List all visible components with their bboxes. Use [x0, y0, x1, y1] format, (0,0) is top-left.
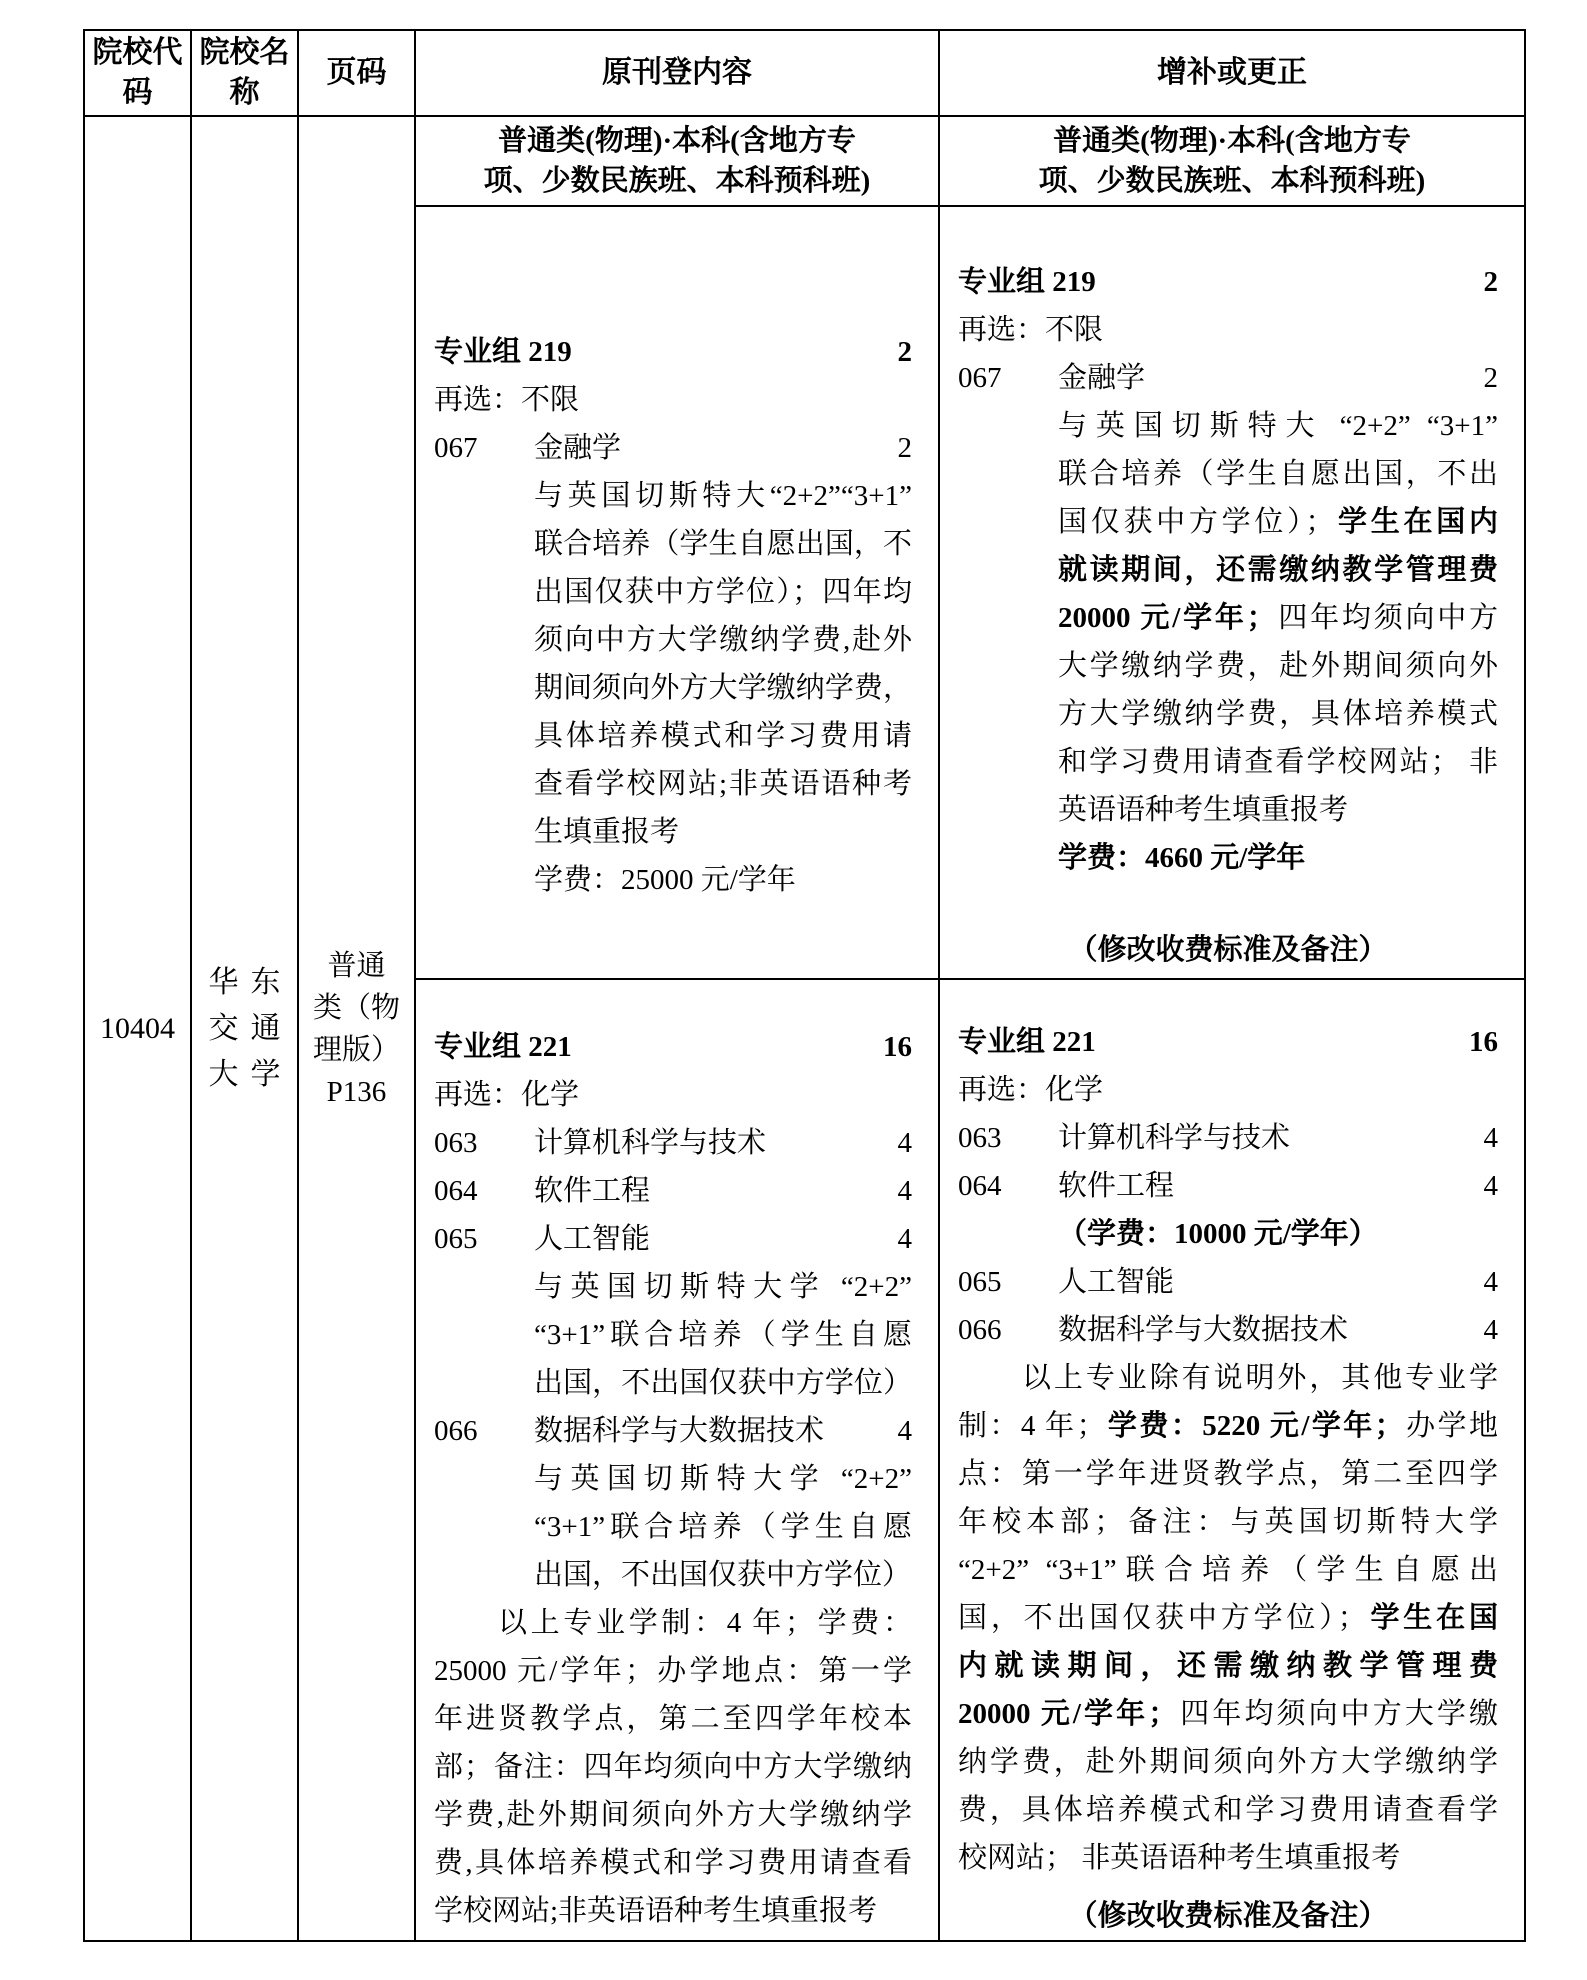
- cont-line: 联合培养（学生自愿出国，不出: [958, 450, 1498, 498]
- seg: 出国，不出国仅获中方学位）: [534, 1559, 911, 1591]
- num: 4: [898, 1215, 913, 1263]
- cont-line: 生填重报考: [434, 808, 912, 856]
- name: 人工智能: [1058, 1258, 1484, 1306]
- seg: 方大学缴纳学费，具体培养模式: [1058, 698, 1498, 730]
- seg: 查看学校网站;非英语语种考: [534, 768, 912, 800]
- grp-label: 专业组 221: [434, 1023, 572, 1071]
- seg: 四年均须向中方: [1276, 602, 1498, 634]
- seg: 国仅获中方学位）；: [1058, 506, 1334, 538]
- revised-219-cell: 专业组 2192再选：不限067金融学2与英国切斯特大 “2+2” “3+1”联…: [939, 206, 1525, 979]
- seg: 就读期间，还需缴纳教学管理费: [1058, 554, 1498, 586]
- seg: 年进贤教学点，第二至四学年校本: [434, 1703, 912, 1735]
- para-line: “2+2” “3+1”联合培养（学生自愿出: [958, 1546, 1498, 1594]
- college-name-line: 大学: [192, 1052, 297, 1098]
- cont-line: 出国，不出国仅获中方学位）: [434, 1551, 912, 1599]
- seg: 校网站； 非英语语种考生填重报考: [958, 1842, 1400, 1874]
- code: 065: [434, 1215, 534, 1263]
- para-line: 纳学费，赴外期间须向外方大学缴纳学: [958, 1738, 1498, 1786]
- seg: 出国，不出国仅获中方学位）: [534, 1367, 912, 1399]
- seg: 费，具体培养模式和学习费用请查看学: [958, 1794, 1498, 1826]
- major-line: 066数据科学与大数据技术4: [434, 1407, 912, 1455]
- category-header-line: 普通类(物理)·本科(含地方专: [416, 121, 938, 161]
- correction-table: 院校代码 院校名称 页码 原刊登内容 增补或更正 10404 华东 交通 大学 …: [83, 29, 1526, 1942]
- num: 4: [898, 1119, 913, 1167]
- para-line: 年进贤教学点，第二至四学年校本: [434, 1695, 912, 1743]
- seg: 学校网站;非英语语种考生填重报考: [434, 1895, 877, 1927]
- para-line: 国，不出国仅获中方学位）；学生在国: [958, 1594, 1498, 1642]
- cont-line: 就读期间，还需缴纳教学管理费: [958, 546, 1498, 594]
- para-line: 学费,赴外期间须向外方大学缴纳学: [434, 1791, 912, 1839]
- seg: 联合培养（学生自愿出国，不出: [1058, 458, 1498, 490]
- seg: 费,具体培养模式和学习费用请查看: [434, 1847, 912, 1879]
- name: 计算机科学与技术: [1058, 1114, 1484, 1162]
- major-line: 065人工智能4: [434, 1215, 912, 1263]
- name: 金融学: [1058, 354, 1484, 402]
- seg: 与英国切斯特大“2+2”“3+1”: [534, 480, 912, 512]
- para-line: 20000 元/学年；四年均须向中方大学缴: [958, 1690, 1498, 1738]
- num: 4: [898, 1167, 913, 1215]
- col-header-correction: 增补或更正: [939, 30, 1525, 116]
- num: 4: [1484, 1162, 1499, 1210]
- code: 067: [958, 354, 1058, 402]
- cont-line: 与英国切斯特大 “2+2” “3+1”: [958, 402, 1498, 450]
- cont-line: “3+1”联合培养（学生自愿: [434, 1311, 912, 1359]
- note-line: （修改收费标准及备注）: [958, 1892, 1498, 1940]
- grp-line: 专业组 22116: [958, 1018, 1498, 1066]
- cont-line: 须向中方大学缴纳学费,赴外: [434, 616, 912, 664]
- seg: 制：4 年；: [958, 1410, 1105, 1442]
- seg: 再选：化学: [958, 1074, 1103, 1106]
- seg: 再选：不限: [434, 384, 579, 416]
- category-row: 10404 华东 交通 大学 普通 类（物 理版） P136 普通类(物理)·本…: [84, 116, 1525, 206]
- plain-line: 再选：化学: [434, 1071, 912, 1119]
- page-ref-line: 理版）: [299, 1029, 414, 1071]
- seg: 和学习费用请查看学校网站； 非: [1058, 746, 1498, 778]
- grp-label: 专业组 221: [958, 1018, 1096, 1066]
- name: 金融学: [534, 424, 898, 472]
- college-code: 10404: [85, 1012, 190, 1046]
- seg: 学费,赴外期间须向外方大学缴纳学: [434, 1799, 912, 1831]
- seg: 学生在国: [1367, 1602, 1498, 1634]
- grp-num: 2: [898, 328, 913, 376]
- grp-label: 专业组 219: [958, 258, 1096, 306]
- seg: 学生在国内: [1334, 506, 1498, 538]
- seg: 25000 元/学年；办学地点：第一学: [434, 1655, 912, 1687]
- category-header-revised: 普通类(物理)·本科(含地方专 项、少数民族班、本科预科班): [939, 116, 1525, 206]
- seg: 以上专业除有说明外，其他专业学: [1022, 1362, 1498, 1394]
- seg: 点：第一学年进贤教学点，第二至四学: [958, 1458, 1498, 1490]
- seg: 学费：25000 元/学年: [534, 864, 796, 896]
- seg: 须向中方大学缴纳学费,赴外: [534, 624, 912, 656]
- col-header-college-code: 院校代码: [84, 30, 191, 116]
- category-header-line: 项、少数民族班、本科预科班): [416, 161, 938, 201]
- seg: 大学缴纳学费，赴外期间须向外: [1058, 650, 1498, 682]
- seg: “3+1”联合培养（学生自愿: [534, 1319, 912, 1351]
- num: 2: [898, 424, 913, 472]
- cont-line: 学费：25000 元/学年: [434, 856, 912, 904]
- cont-line: 大学缴纳学费，赴外期间须向外: [958, 642, 1498, 690]
- seg: 与英国切斯特大学 “2+2”: [534, 1271, 912, 1303]
- cont-line: 联合培养（学生自愿出国，不: [434, 520, 912, 568]
- header-row: 院校代码 院校名称 页码 原刊登内容 增补或更正: [84, 30, 1525, 116]
- major-line: 066数据科学与大数据技术4: [958, 1306, 1498, 1354]
- num: 4: [1484, 1306, 1499, 1354]
- grp-line: 专业组 2192: [958, 258, 1498, 306]
- page: { "page": {"background": "#ffffff", "tex…: [0, 0, 1587, 1980]
- plain-line: 再选：化学: [958, 1066, 1498, 1114]
- category-header-line: 项、少数民族班、本科预科班): [940, 161, 1524, 201]
- para-line: 学校网站;非英语语种考生填重报考: [434, 1887, 912, 1935]
- spacer: [958, 882, 1498, 926]
- seg: 办学地: [1404, 1410, 1498, 1442]
- category-header-original: 普通类(物理)·本科(含地方专 项、少数民族班、本科预科班): [415, 116, 939, 206]
- seg: 20000 元/学年；: [1058, 602, 1276, 634]
- code: 067: [434, 424, 534, 472]
- grp-label: 专业组 219: [434, 328, 572, 376]
- seg: （修改收费标准及备注）: [1068, 1900, 1387, 1932]
- major-line: 063计算机科学与技术4: [434, 1119, 912, 1167]
- seg: 再选：不限: [958, 314, 1103, 346]
- original-219-cell: 专业组 2192再选：不限067金融学2与英国切斯特大“2+2”“3+1”联合培…: [415, 206, 939, 979]
- page-ref-line: P136: [299, 1071, 414, 1113]
- page-ref-line: 普通: [299, 945, 414, 987]
- category-header-line: 普通类(物理)·本科(含地方专: [940, 121, 1524, 161]
- plain-line: 再选：不限: [958, 306, 1498, 354]
- name: 人工智能: [534, 1215, 898, 1263]
- code: 066: [958, 1306, 1058, 1354]
- cont-line: 学费：4660 元/学年: [958, 834, 1498, 882]
- cont-line: 方大学缴纳学费，具体培养模式: [958, 690, 1498, 738]
- major-line: 064软件工程4: [958, 1162, 1498, 1210]
- page-ref-cell: 普通 类（物 理版） P136: [298, 116, 415, 1941]
- name: 软件工程: [1058, 1162, 1484, 1210]
- cont-line: 英语语种考生填重报考: [958, 786, 1498, 834]
- name: 数据科学与大数据技术: [1058, 1306, 1484, 1354]
- para-line: 25000 元/学年；办学地点：第一学: [434, 1647, 912, 1695]
- cont-line: 具体培养模式和学习费用请: [434, 712, 912, 760]
- seg: 以上专业学制：4 年；学费：: [498, 1607, 912, 1639]
- note-line: （修改收费标准及备注）: [958, 926, 1498, 974]
- seg: 联合培养（学生自愿出国，不: [534, 528, 912, 560]
- major-line: 065人工智能4: [958, 1258, 1498, 1306]
- seg: 具体培养模式和学习费用请: [534, 720, 912, 752]
- cont-line: 国仅获中方学位）；学生在国内: [958, 498, 1498, 546]
- original-221-cell: 专业组 22116再选：化学063计算机科学与技术4064软件工程4065人工智…: [415, 979, 939, 1941]
- cont-line: 和学习费用请查看学校网站； 非: [958, 738, 1498, 786]
- seg: 生填重报考: [534, 816, 679, 848]
- code: 066: [434, 1407, 534, 1455]
- code: 063: [958, 1114, 1058, 1162]
- num: 4: [1484, 1114, 1499, 1162]
- code: 064: [958, 1162, 1058, 1210]
- code: 065: [958, 1258, 1058, 1306]
- grp-line: 专业组 2192: [434, 328, 912, 376]
- college-name-line: 交通: [192, 1006, 297, 1052]
- para-line: 内就读期间，还需缴纳教学管理费: [958, 1642, 1498, 1690]
- para-line: 部；备注：四年均须向中方大学缴纳: [434, 1743, 912, 1791]
- major-line: 064软件工程4: [434, 1167, 912, 1215]
- seg: 英语语种考生填重报考: [1058, 794, 1348, 826]
- page-ref-line: 类（物: [299, 987, 414, 1029]
- para-line: 制：4 年；学费：5220 元/学年；办学地: [958, 1402, 1498, 1450]
- para-line: 点：第一学年进贤教学点，第二至四学: [958, 1450, 1498, 1498]
- seg: 四年均须向中方大学缴: [1177, 1698, 1498, 1730]
- revised-221-section: 专业组 22116再选：化学063计算机科学与技术4064软件工程4（学费：10…: [940, 980, 1524, 1940]
- spacer: [958, 1882, 1498, 1892]
- para-line: 校网站； 非英语语种考生填重报考: [958, 1834, 1498, 1882]
- grp-num: 2: [1484, 258, 1499, 306]
- num: 4: [898, 1407, 913, 1455]
- original-221-section: 专业组 22116再选：化学063计算机科学与技术4064软件工程4065人工智…: [416, 985, 938, 1935]
- seg: 与英国切斯特大 “2+2” “3+1”: [1058, 410, 1498, 442]
- col-header-page: 页码: [298, 30, 415, 116]
- grp-num: 16: [883, 1023, 912, 1071]
- revised-221-cell: 专业组 22116再选：化学063计算机科学与技术4064软件工程4（学费：10…: [939, 979, 1525, 1941]
- para-line: 年校本部；备注：与英国切斯特大学: [958, 1498, 1498, 1546]
- seg: 出国仅获中方学位）；四年均: [534, 576, 912, 608]
- seg: 再选：化学: [434, 1079, 579, 1111]
- seg: 纳学费，赴外期间须向外方大学缴纳学: [958, 1746, 1498, 1778]
- seg: （学费：10000 元/学年）: [1058, 1218, 1378, 1250]
- code: 063: [434, 1119, 534, 1167]
- original-219-section: 专业组 2192再选：不限067金融学2与英国切斯特大“2+2”“3+1”联合培…: [416, 282, 938, 904]
- seg: 部；备注：四年均须向中方大学缴纳: [434, 1751, 912, 1783]
- seg: 学费：4660 元/学年: [1058, 842, 1305, 874]
- seg: “3+1”联合培养（学生自愿: [534, 1511, 912, 1543]
- indent-line: 以上专业除有说明外，其他专业学: [958, 1354, 1498, 1402]
- cont-line: 与英国切斯特大学 “2+2”: [434, 1263, 912, 1311]
- grp-line: 专业组 22116: [434, 1023, 912, 1071]
- college-name-line: 华东: [192, 960, 297, 1006]
- cont-line: 与英国切斯特大“2+2”“3+1”: [434, 472, 912, 520]
- name: 数据科学与大数据技术: [534, 1407, 898, 1455]
- seg: 期间须向外方大学缴纳学费，: [534, 672, 912, 704]
- cont-line: 期间须向外方大学缴纳学费，: [434, 664, 912, 712]
- cont-line: “3+1”联合培养（学生自愿: [434, 1503, 912, 1551]
- grp-num: 16: [1469, 1018, 1498, 1066]
- revised-219-section: 专业组 2192再选：不限067金融学2与英国切斯特大 “2+2” “3+1”联…: [940, 212, 1524, 974]
- seg: 学费：5220 元/学年；: [1105, 1410, 1403, 1442]
- seg: “2+2” “3+1”联合培养（学生自愿出: [958, 1554, 1498, 1586]
- major-line: 067金融学2: [958, 354, 1498, 402]
- para-line: 费，具体培养模式和学习费用请查看学: [958, 1786, 1498, 1834]
- cont-line: 查看学校网站;非英语语种考: [434, 760, 912, 808]
- name: 软件工程: [534, 1167, 898, 1215]
- seg: 年校本部；备注：与英国切斯特大学: [958, 1506, 1498, 1538]
- seg: 国，不出国仅获中方学位）；: [958, 1602, 1367, 1634]
- cont-line: 与英国切斯特大学 “2+2”: [434, 1455, 912, 1503]
- seg: 内就读期间，还需缴纳教学管理费: [958, 1650, 1498, 1682]
- cont-line: 出国，不出国仅获中方学位）: [434, 1359, 912, 1407]
- plain-line: 再选：不限: [434, 376, 912, 424]
- indent-line: 以上专业学制：4 年；学费：: [434, 1599, 912, 1647]
- college-name-cell: 华东 交通 大学: [191, 116, 298, 1941]
- col-header-college-name: 院校名称: [191, 30, 298, 116]
- para-line: 费,具体培养模式和学习费用请查看: [434, 1839, 912, 1887]
- cont-line: 20000 元/学年；四年均须向中方: [958, 594, 1498, 642]
- college-code-cell: 10404: [84, 116, 191, 1941]
- major-line: 067金融学2: [434, 424, 912, 472]
- num: 2: [1484, 354, 1499, 402]
- num: 4: [1484, 1258, 1499, 1306]
- seg: 20000 元/学年；: [958, 1698, 1177, 1730]
- seg: （修改收费标准及备注）: [1068, 934, 1387, 966]
- col-header-original-content: 原刊登内容: [415, 30, 939, 116]
- cont-line: 出国仅获中方学位）；四年均: [434, 568, 912, 616]
- code: 064: [434, 1167, 534, 1215]
- name: 计算机科学与技术: [534, 1119, 898, 1167]
- seg: 与英国切斯特大学 “2+2”: [534, 1463, 912, 1495]
- cont-line: （学费：10000 元/学年）: [958, 1210, 1498, 1258]
- major-line: 063计算机科学与技术4: [958, 1114, 1498, 1162]
